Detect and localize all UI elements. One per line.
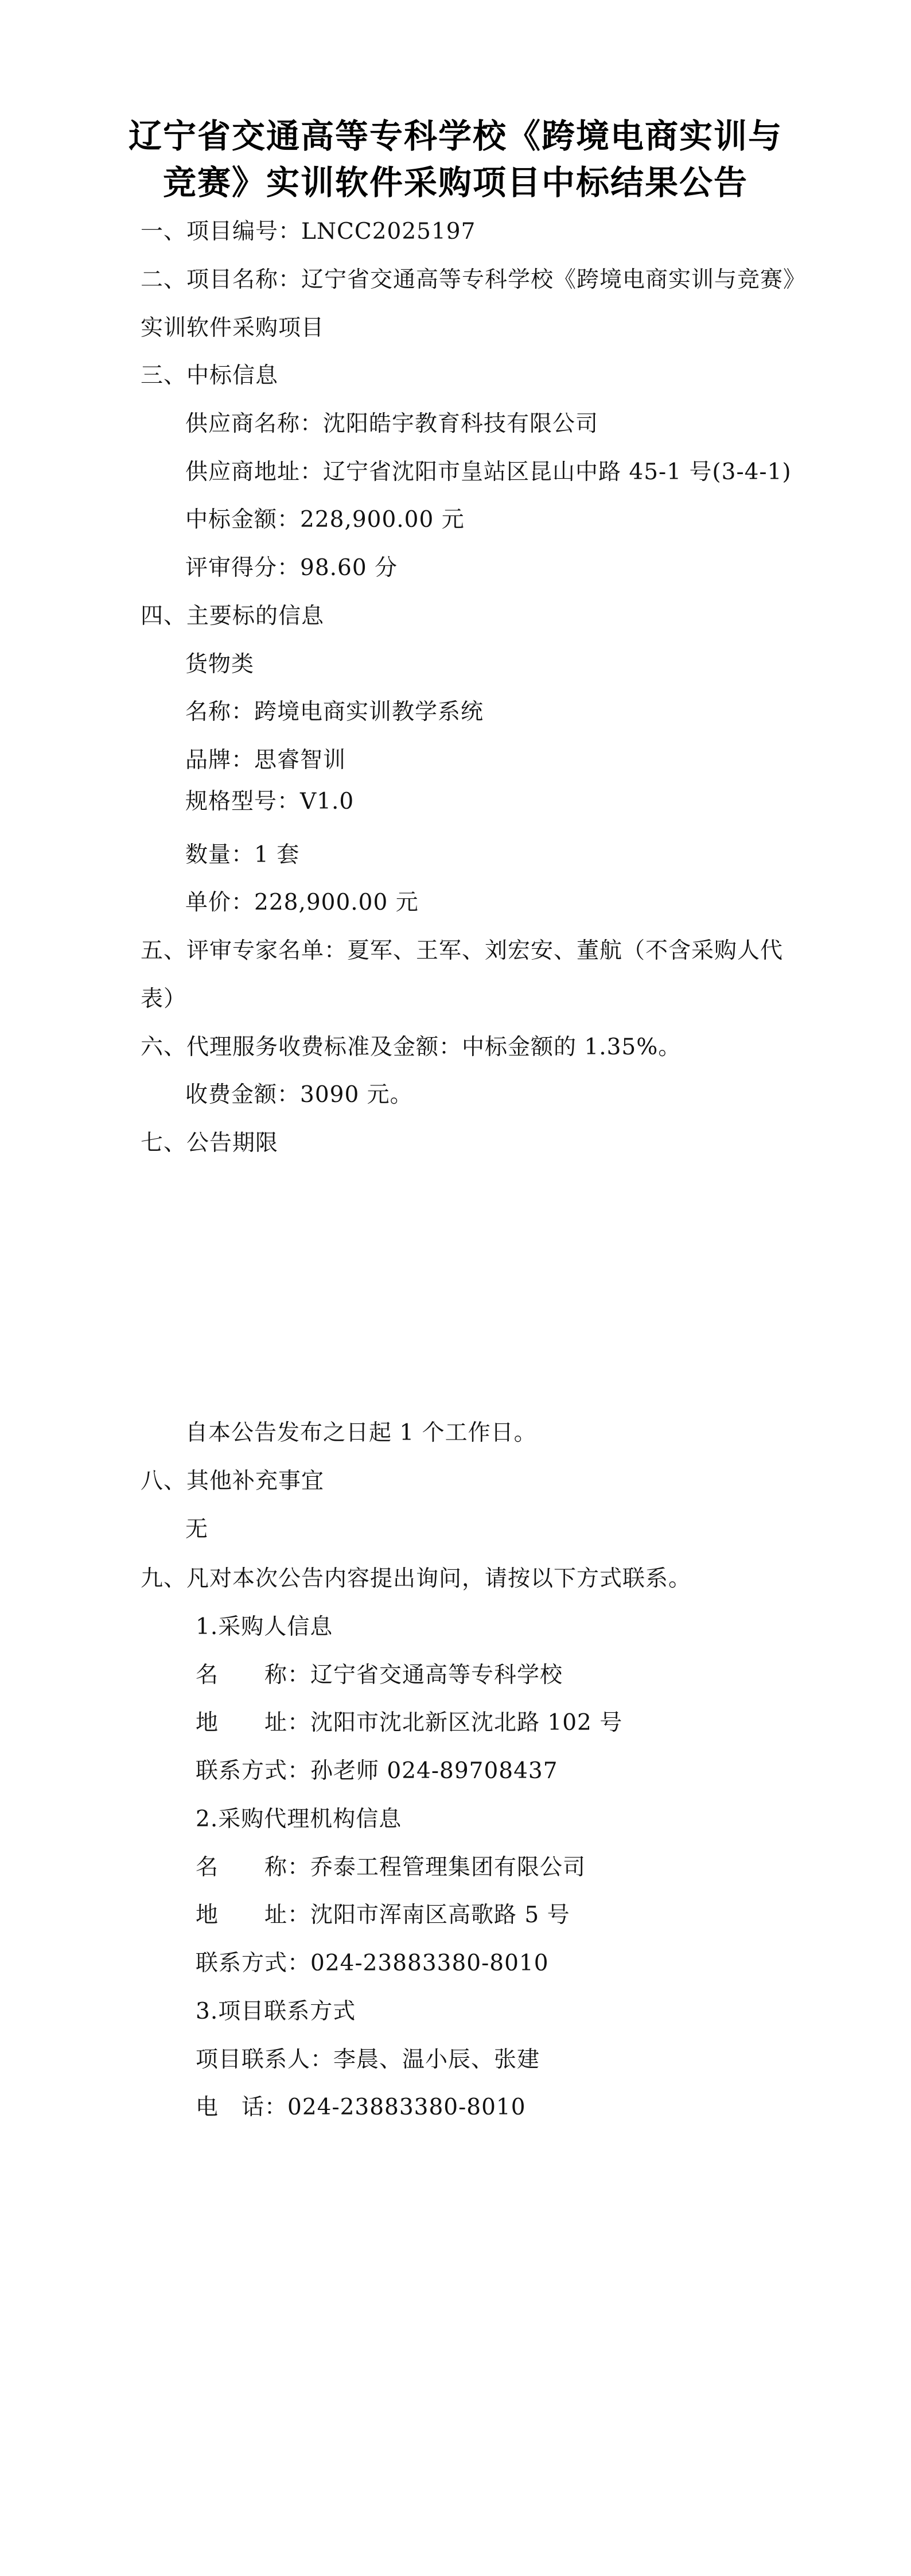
- title-line-1: 辽宁省交通高等专科学校《跨境电商实训与: [0, 116, 911, 156]
- project-contact-persons: 项目联系人：李晨、温小辰、张建: [196, 2046, 540, 2074]
- project-contact-phone: 电 话：024-23883380-8010: [196, 2094, 526, 2121]
- purchaser-address: 地 址：沈阳市沈北新区沈北路 102 号: [196, 1709, 622, 1737]
- project-name-line-2: 实训软件采购项目: [141, 315, 324, 342]
- title-line-2: 竞赛》实训软件采购项目中标结果公告: [0, 162, 911, 203]
- item-quantity: 数量：1 套: [185, 841, 299, 869]
- agency-fee-standard: 六、代理服务收费标准及金额：中标金额的 1.35%。: [141, 1034, 681, 1061]
- notice-period: 自本公告发布之日起 1 个工作日。: [185, 1419, 537, 1447]
- contact-heading: 九、凡对本次公告内容提出询问，请按以下方式联系。: [141, 1565, 691, 1593]
- notice-period-heading: 七、公告期限: [141, 1130, 278, 1157]
- project-number: 一、项目编号：LNCC2025197: [141, 218, 476, 246]
- expert-list-line-1: 五、评审专家名单：夏军、王军、刘宏安、董航（不含采购人代: [141, 937, 783, 965]
- agency-fee-amount: 收费金额：3090 元。: [185, 1081, 413, 1109]
- agency-name: 名 称：乔泰工程管理集团有限公司: [196, 1854, 586, 1881]
- other-matters-content: 无: [185, 1516, 208, 1543]
- agency-contact: 联系方式：024-23883380-8010: [196, 1950, 549, 1977]
- award-info-heading: 三、中标信息: [141, 362, 278, 390]
- item-model: 规格型号：V1.0: [185, 788, 354, 816]
- project-name-line-1: 二、项目名称：辽宁省交通高等专科学校《跨境电商实训与竞赛》: [141, 266, 806, 294]
- main-item-heading: 四、主要标的信息: [141, 603, 324, 630]
- purchaser-contact: 联系方式：孙老师 024-89708437: [196, 1758, 558, 1785]
- supplier-address: 供应商地址：辽宁省沈阳市皇站区昆山中路 45-1 号(3-4-1): [185, 459, 792, 486]
- supplier-name: 供应商名称：沈阳皓宇教育科技有限公司: [185, 410, 598, 438]
- item-brand: 品牌：思睿智训: [185, 747, 346, 774]
- item-category: 货物类: [185, 651, 254, 678]
- agency-address: 地 址：沈阳市浑南区高歌路 5 号: [196, 1902, 570, 1929]
- purchaser-name: 名 称：辽宁省交通高等专科学校: [196, 1662, 563, 1689]
- item-unit-price: 单价：228,900.00 元: [185, 889, 419, 917]
- award-amount: 中标金额：228,900.00 元: [185, 506, 465, 534]
- project-contact-heading: 3.项目联系方式: [196, 1998, 356, 2026]
- other-matters-heading: 八、其他补充事宜: [141, 1468, 324, 1495]
- review-score: 评审得分：98.60 分: [185, 554, 398, 582]
- item-name: 名称：跨境电商实训教学系统: [185, 699, 484, 726]
- agency-heading: 2.采购代理机构信息: [196, 1806, 402, 1833]
- expert-list-line-2: 表）: [141, 986, 186, 1013]
- purchaser-heading: 1.采购人信息: [196, 1613, 333, 1641]
